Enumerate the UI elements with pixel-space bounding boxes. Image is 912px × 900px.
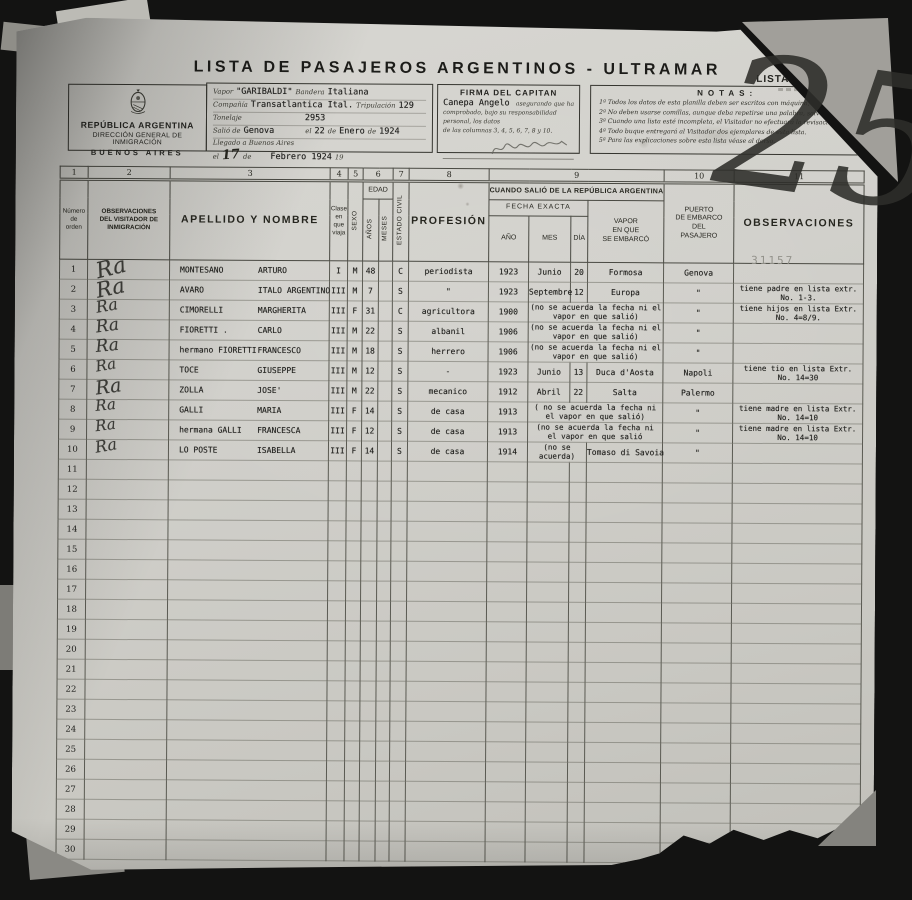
- age-years-cell: 12: [362, 361, 378, 381]
- class-cell: III: [328, 441, 346, 461]
- age-months-cell: [378, 341, 392, 361]
- sex-cell: [345, 601, 360, 621]
- marital-status-cell: C: [392, 301, 408, 321]
- month-cell: Septembre: [528, 282, 570, 302]
- port-cell: ": [663, 303, 733, 323]
- assurance-text-1: asegurando que ha: [516, 99, 574, 108]
- age-years-cell: [361, 521, 377, 541]
- header-observaciones: OBSERVACIONES: [734, 183, 864, 264]
- profession-cell: albanil: [408, 321, 488, 341]
- year-cell: [487, 502, 527, 522]
- passenger-name: [168, 500, 328, 521]
- passenger-name: [168, 480, 328, 501]
- row-number: 11: [58, 459, 86, 479]
- observations-cell: [730, 803, 860, 824]
- agency-country: REPÚBLICA ARGENTINA: [69, 120, 206, 131]
- col-num-9: 9: [489, 169, 664, 183]
- observations-cell: [730, 843, 860, 864]
- marital-status-cell: S: [392, 341, 408, 361]
- age-months-cell: [378, 361, 392, 381]
- class-cell: III: [329, 421, 347, 441]
- nota-item: 5ª Para las explicaciones sobre esta lis…: [599, 136, 855, 147]
- ship-cell: [586, 482, 662, 502]
- passenger-name: [167, 740, 327, 761]
- age-months-cell: [378, 261, 392, 281]
- age-years-cell: [360, 641, 376, 661]
- day-cell: 13: [570, 362, 587, 382]
- port-cell: [661, 603, 731, 623]
- passenger-name: hermana GALLIFRANCESCA: [169, 420, 329, 441]
- captain-signature-scribble: [489, 134, 568, 159]
- ship-cell: [585, 642, 661, 662]
- surname: LO POSTE: [169, 445, 257, 455]
- port-cell: [660, 803, 730, 823]
- age-months-cell: [377, 561, 391, 581]
- sex-cell: [345, 661, 360, 681]
- header-edad: EDAD: [363, 181, 393, 199]
- month-cell: [526, 662, 568, 682]
- row-number: 21: [57, 659, 85, 679]
- year-cell: 1923: [488, 362, 528, 382]
- month-cell: Junio: [528, 262, 570, 282]
- ship-name-line: Vapor "GARIBALDI" Bandera Italiana: [213, 87, 426, 101]
- ship-cell: Europa: [587, 282, 663, 302]
- no-recall-note: ( no se acuerda la fecha ni el vapor en …: [528, 402, 663, 423]
- sex-cell: [345, 721, 360, 741]
- profession-cell: [406, 661, 486, 681]
- observations-cell: [732, 503, 862, 524]
- passenger-name: [167, 680, 327, 701]
- lista-n-label: LISTA N.: [756, 74, 805, 85]
- ship-cell: [586, 522, 662, 542]
- ship-cell: [585, 722, 661, 742]
- row-number: 6: [59, 359, 87, 379]
- age-months-cell: [376, 721, 390, 741]
- ship-cell: [584, 782, 660, 802]
- handwritten-visitador-mark: Ra: [94, 354, 117, 375]
- age-years-cell: 31: [362, 301, 378, 321]
- captain-box-title: FIRMA DEL CAPITAN: [443, 88, 574, 98]
- year-prefix-label: 19: [335, 153, 344, 161]
- col-num-4: 4: [330, 168, 348, 181]
- port-cell: [661, 643, 731, 663]
- class-cell: [327, 601, 345, 621]
- observations-cell: tiene hijos en lista Extr. No. 4=8/9.: [733, 303, 863, 324]
- marital-status-cell: C: [392, 261, 408, 281]
- visitador-mark-cell: [85, 679, 167, 700]
- visitador-mark-cell: [86, 539, 168, 560]
- day-cell: [569, 542, 586, 562]
- sex-cell: [344, 781, 359, 801]
- sex-cell: M: [347, 321, 362, 341]
- year-cell: [486, 742, 526, 762]
- passenger-name: MONTESANOARTURO: [169, 260, 329, 281]
- month-cell: [527, 462, 569, 482]
- profession-cell: [405, 801, 485, 821]
- ship-cell: [585, 662, 661, 682]
- age-months-cell: [377, 481, 391, 501]
- age-months-cell: [375, 761, 389, 781]
- port-cell: Napoli: [663, 363, 733, 383]
- row-number: 29: [56, 819, 84, 839]
- month-cell: [526, 602, 568, 622]
- port-cell: ": [663, 323, 733, 343]
- handwritten-arrival-day: 17: [221, 147, 240, 163]
- month-cell: [527, 482, 569, 502]
- age-months-cell: [378, 421, 392, 441]
- marital-status-cell: [391, 561, 407, 581]
- sex-cell: [344, 821, 359, 841]
- surname: CIMORELLI: [170, 305, 258, 315]
- row-number: 24: [57, 719, 85, 739]
- ship-cell: [584, 762, 660, 782]
- given-name: ITALO ARGENTINO: [258, 286, 330, 295]
- given-name: JOSE': [257, 386, 281, 395]
- port-cell: [660, 763, 730, 783]
- class-cell: [328, 561, 346, 581]
- sex-cell: M: [347, 361, 362, 381]
- year-cell: [487, 582, 527, 602]
- year-cell: [487, 462, 527, 482]
- year-cell: [485, 822, 525, 842]
- row-number: 12: [58, 479, 86, 499]
- visitador-mark-cell: [86, 499, 168, 520]
- llegado-el-label: el: [213, 153, 219, 161]
- month-cell: [526, 682, 568, 702]
- passenger-name: [167, 720, 327, 741]
- sex-cell: [346, 481, 361, 501]
- age-years-cell: [360, 661, 376, 681]
- row-number: 4: [59, 319, 87, 339]
- year-cell: [486, 682, 526, 702]
- passenger-name: [168, 580, 328, 601]
- marital-status-cell: [390, 741, 406, 761]
- year-cell: [486, 722, 526, 742]
- class-cell: III: [329, 401, 347, 421]
- observations-cell: tiene padre en lista extr. No. 1-3.: [733, 283, 863, 304]
- col-num-11: 11: [734, 170, 864, 184]
- arrival-line: el 17 de Febrero 1924 19: [213, 148, 426, 161]
- year-cell: 1914: [487, 442, 527, 462]
- tripulacion-label: Tripulación: [356, 101, 395, 109]
- passenger-name: FIORETTI .CARLO: [169, 320, 329, 341]
- class-cell: [328, 521, 346, 541]
- header-clase: Clase en que viaja: [330, 181, 348, 261]
- header-cuando-salio: CUANDO SALIÓ DE LA REPÚBLICA ARGENTINA: [489, 182, 664, 201]
- departure-month: Enero: [339, 126, 365, 136]
- age-months-cell: [375, 821, 389, 841]
- age-years-cell: 7: [362, 281, 378, 301]
- age-years-cell: [361, 541, 377, 561]
- surname: AVARO: [170, 285, 258, 295]
- year-cell: [487, 542, 527, 562]
- marital-status-cell: [391, 461, 407, 481]
- flag-value: Italiana: [328, 87, 369, 97]
- class-cell: [328, 481, 346, 501]
- class-cell: [327, 701, 345, 721]
- de2-label: de: [368, 128, 376, 136]
- class-cell: III: [329, 381, 347, 401]
- year-cell: 1900: [488, 302, 528, 322]
- class-cell: [326, 781, 344, 801]
- no-recall-note: (no se acuerda la fecha ni el vapor en q…: [528, 422, 663, 443]
- passenger-name: [167, 640, 327, 661]
- observations-cell: [731, 703, 861, 724]
- day-cell: [567, 802, 584, 822]
- marital-status-cell: [390, 641, 406, 661]
- passenger-name: [168, 460, 328, 481]
- header-profesion: PROFESIÓN: [409, 181, 489, 261]
- year-cell: [486, 622, 526, 642]
- passenger-name: AVAROITALO ARGENTINO: [169, 280, 329, 301]
- observations-cell: [732, 583, 862, 604]
- surname: ZOLLA: [169, 385, 257, 395]
- marital-status-cell: [391, 501, 407, 521]
- row-number: 28: [56, 799, 84, 819]
- port-cell: [662, 523, 732, 543]
- age-years-cell: [361, 561, 377, 581]
- age-years-cell: 48: [362, 261, 378, 281]
- age-months-cell: [377, 581, 391, 601]
- port-cell: [661, 683, 731, 703]
- passenger-name: [166, 760, 326, 781]
- profession-cell: [406, 721, 486, 741]
- given-name: GIUSEPPE: [257, 366, 296, 375]
- row-number: 27: [56, 779, 84, 799]
- header-mes: MES: [529, 216, 571, 262]
- header-fecha-exacta: FECHA EXACTA: [489, 200, 588, 217]
- year-cell: [486, 642, 526, 662]
- observations-cell: tiene tio en lista Extr. No. 14=30: [733, 363, 863, 384]
- observations-cell: [731, 663, 861, 684]
- salio-label: Salió de: [213, 127, 241, 135]
- ship-cell: [584, 802, 660, 822]
- month-cell: [525, 782, 567, 802]
- handwritten-visitador-mark: Ra: [95, 335, 120, 357]
- observations-cell: tiene madre en lista Extr. No. 14=10: [733, 423, 863, 444]
- ship-cell: [586, 562, 662, 582]
- passenger-rows: 1RaMONTESANOARTUROIM48Cperiodista1923Jun…: [56, 259, 864, 864]
- sex-cell: [346, 521, 361, 541]
- age-years-cell: [360, 721, 376, 741]
- bandera-label: Bandera: [295, 88, 324, 96]
- given-name: FRANCESCA: [257, 426, 300, 435]
- age-years-cell: [361, 501, 377, 521]
- age-months-cell: [378, 301, 392, 321]
- marital-status-cell: [390, 701, 406, 721]
- lista-n-blank-line: [809, 72, 865, 82]
- row-number: 13: [58, 499, 86, 519]
- visitador-mark-cell: [86, 519, 168, 540]
- col-num-7: 7: [393, 168, 409, 181]
- handwritten-visitador-mark: Ra: [94, 415, 117, 436]
- marital-status-cell: [390, 721, 406, 741]
- marital-status-cell: S: [392, 361, 408, 381]
- surname: hermana GALLI: [169, 425, 257, 435]
- header-puerto: PUERTO DE EMBARCO DEL PASAJERO: [664, 183, 734, 263]
- tonelaje-label: Tonelaje: [213, 114, 242, 122]
- agency-box: REPÚBLICA ARGENTINA DIRECCIÓN GENERAL DE…: [68, 84, 207, 152]
- class-cell: I: [329, 261, 347, 281]
- age-months-cell: [376, 641, 390, 661]
- year-cell: 1906: [488, 342, 528, 362]
- marital-status-cell: [389, 761, 405, 781]
- observations-cell: [732, 543, 862, 564]
- year-cell: 1913: [488, 422, 528, 442]
- sex-cell: M: [347, 261, 362, 281]
- row-number: 8: [59, 399, 87, 419]
- visitador-mark-cell: [84, 799, 166, 820]
- ship-cell: [586, 462, 662, 482]
- notas-list: 1ª Todos los datos de esta planilla debe…: [599, 98, 855, 148]
- day-cell: [568, 622, 585, 642]
- day-cell: [567, 782, 584, 802]
- ship-cell: Tomaso di Savoia: [586, 442, 662, 462]
- captain-signature-box: FIRMA DEL CAPITAN Canepa Angelo aseguran…: [437, 84, 580, 154]
- profession-cell: [407, 561, 487, 581]
- given-name: MARGHERITA: [258, 306, 306, 315]
- visitador-mark-cell: [84, 819, 166, 840]
- year-cell: 1912: [488, 382, 528, 402]
- row-number: 2: [59, 279, 87, 299]
- profession-cell: de casa: [408, 421, 488, 441]
- visitador-mark-cell: [85, 659, 167, 680]
- sex-cell: M: [347, 281, 362, 301]
- port-cell: ": [662, 443, 732, 463]
- scanned-document-photo: LISTA DE PASAJEROS ARGENTINOS - ULTRAMAR…: [0, 0, 912, 900]
- header-meses: MESES: [379, 199, 393, 261]
- marital-status-cell: [390, 601, 406, 621]
- table-row: 30: [56, 839, 860, 864]
- year-cell: [485, 842, 525, 862]
- row-number: 23: [57, 699, 85, 719]
- year-cell: [485, 762, 525, 782]
- age-years-cell: 22: [362, 381, 378, 401]
- col-num-6: 6: [363, 168, 393, 181]
- profession-cell: [406, 681, 486, 701]
- row-number: 5: [59, 339, 87, 359]
- age-months-cell: [378, 281, 392, 301]
- de-label: de: [328, 127, 336, 135]
- col-num-2: 2: [88, 166, 170, 180]
- tonnage-line: Tonelaje 2953: [213, 113, 426, 127]
- age-months-cell: [375, 781, 389, 801]
- day-cell: [567, 842, 584, 862]
- month-cell: [525, 842, 567, 862]
- passenger-name: [167, 700, 327, 721]
- marital-status-cell: [389, 781, 405, 801]
- age-years-cell: [360, 621, 376, 641]
- month-cell: [526, 622, 568, 642]
- day-cell: [568, 682, 585, 702]
- page-title: LISTA DE PASAJEROS ARGENTINOS - ULTRAMAR: [136, 58, 778, 80]
- marital-status-cell: S: [392, 421, 408, 441]
- month-cell: [527, 542, 569, 562]
- handwritten-visitador-mark: Ra: [94, 294, 119, 316]
- ship-cell: Salta: [587, 382, 663, 402]
- age-months-cell: [376, 681, 390, 701]
- col-num-8: 8: [409, 168, 489, 181]
- month-cell: [527, 562, 569, 582]
- passenger-name: hermano FIORETTIFRANCESCO: [169, 340, 329, 361]
- sex-cell: [345, 621, 360, 641]
- surname: MONTESANO: [170, 265, 258, 275]
- port-cell: [662, 503, 732, 523]
- passenger-name: [166, 820, 326, 841]
- age-years-cell: [361, 481, 377, 501]
- year-cell: [487, 562, 527, 582]
- sex-cell: [346, 461, 361, 481]
- sex-cell: [345, 741, 360, 761]
- age-years-cell: 14: [361, 441, 377, 461]
- departure-year: 1924: [379, 127, 400, 137]
- document-page: LISTA DE PASAJEROS ARGENTINOS - ULTRAMAR…: [11, 13, 878, 874]
- marital-status-cell: [390, 621, 406, 641]
- ship-cell: [586, 502, 662, 522]
- passenger-name: LO POSTEISABELLA: [168, 440, 328, 461]
- day-cell: [568, 642, 585, 662]
- marital-status-cell: [391, 481, 407, 501]
- row-number: 26: [56, 759, 84, 779]
- port-cell: [660, 783, 730, 803]
- header-anos: AÑOS: [363, 199, 379, 261]
- port-cell: [660, 843, 730, 863]
- port-cell: Palermo: [663, 383, 733, 403]
- port-cell: [662, 543, 732, 563]
- class-cell: [327, 681, 345, 701]
- observations-cell: [732, 483, 862, 504]
- ship-cell: [585, 622, 661, 642]
- month-cell: [525, 762, 567, 782]
- class-cell: [328, 581, 346, 601]
- visitador-mark-cell: [85, 619, 167, 640]
- company-line: Compañía Transatlantica Ital. Tripulació…: [213, 100, 426, 114]
- port-cell: [662, 583, 732, 603]
- agency-department: DIRECCIÓN GENERAL DE INMIGRACIÓN: [69, 132, 206, 147]
- marital-status-cell: [390, 681, 406, 701]
- passenger-name: TOCEGIUSEPPE: [169, 360, 329, 381]
- age-years-cell: 22: [362, 321, 378, 341]
- profession-cell: de casa: [408, 401, 488, 421]
- day-cell: [568, 602, 585, 622]
- profession-cell: [407, 461, 487, 481]
- year-cell: 1913: [488, 402, 528, 422]
- marital-status-cell: [389, 801, 405, 821]
- profession-cell: [406, 741, 486, 761]
- visitador-mark-cell: [85, 639, 167, 660]
- port-cell: [662, 463, 732, 483]
- observations-cell: [731, 743, 861, 764]
- ship-cell: [584, 822, 660, 842]
- year-cell: [486, 602, 526, 622]
- row-number: 18: [57, 599, 85, 619]
- profession-cell: [407, 581, 487, 601]
- visitador-mark-cell: [84, 839, 166, 860]
- ship-cell: [586, 542, 662, 562]
- assurance-text-2: comprobado, bajo su responsabilidad pers…: [443, 108, 574, 127]
- notes-title: NOTAS:: [599, 88, 855, 99]
- marital-status-cell: [389, 841, 405, 861]
- age-years-cell: [359, 761, 375, 781]
- year-cell: [485, 782, 525, 802]
- visitador-mark-cell: [85, 599, 167, 620]
- class-cell: [328, 501, 346, 521]
- given-name: ISABELLA: [257, 446, 296, 455]
- day-cell: [569, 522, 586, 542]
- handwritten-visitador-mark: Ra: [94, 434, 119, 456]
- port-cell: [661, 723, 731, 743]
- passenger-table: 1 2 3 4 5 6 7 8 9 10 11 Número de orden …: [55, 166, 864, 865]
